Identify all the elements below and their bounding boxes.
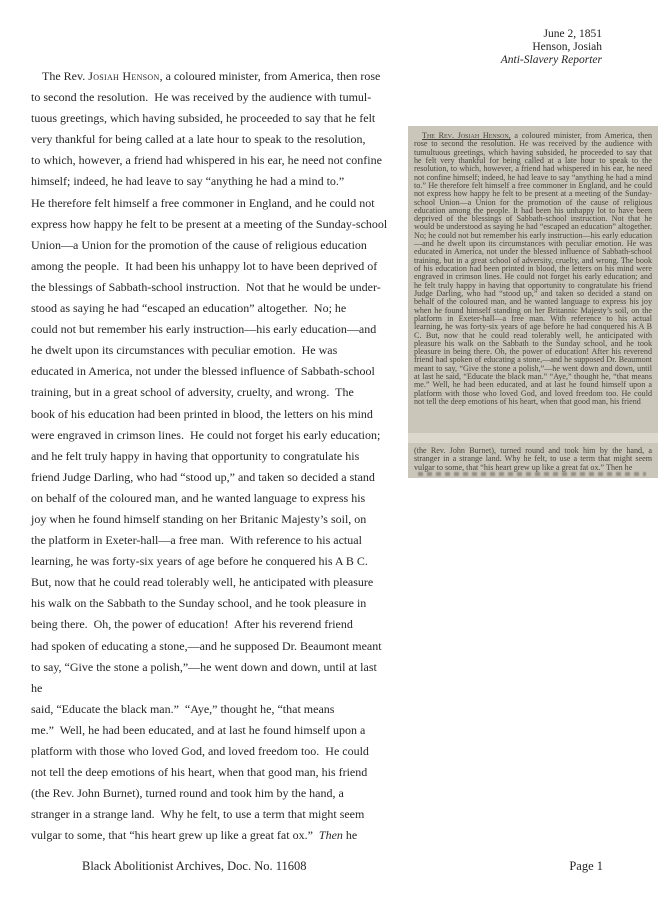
citation-subject: Henson, Josiah <box>501 41 602 54</box>
speaker-name: Josiah Henson <box>88 69 159 83</box>
clipping-main-text: The Rev. Josiah Henson, a coloured minis… <box>414 132 652 406</box>
transcription-italic-word: Then <box>319 828 343 842</box>
document-page: June 2, 1851 Henson, Josiah Anti-Slavery… <box>0 0 663 900</box>
scan-cutoff-line-artifact <box>418 472 646 476</box>
clipping-footer-text: (the Rev. John Burnet), turned round and… <box>414 447 652 472</box>
footer-page-number: Page 1 <box>569 859 603 874</box>
transcription-text-end: he <box>343 828 357 842</box>
newspaper-clipping-scan: The Rev. Josiah Henson, a coloured minis… <box>408 126 658 478</box>
clipping-main-body: a coloured minister, from America, then … <box>414 131 652 406</box>
clipping-cut-gap <box>408 433 658 443</box>
transcription-lead-in: The Rev. <box>42 69 88 83</box>
transcription-text: , a coloured minister, from America, the… <box>31 69 387 842</box>
footer-archive-label: Black Abolitionist Archives, Doc. No. 11… <box>82 859 307 874</box>
citation-date: June 2, 1851 <box>501 28 602 41</box>
clipping-main-block: The Rev. Josiah Henson, a coloured minis… <box>408 126 658 433</box>
citation-header: June 2, 1851 Henson, Josiah Anti-Slavery… <box>501 28 602 68</box>
citation-publication: Anti-Slavery Reporter <box>501 54 602 67</box>
transcription-paragraph: The Rev. Josiah Henson, a coloured minis… <box>31 66 387 846</box>
